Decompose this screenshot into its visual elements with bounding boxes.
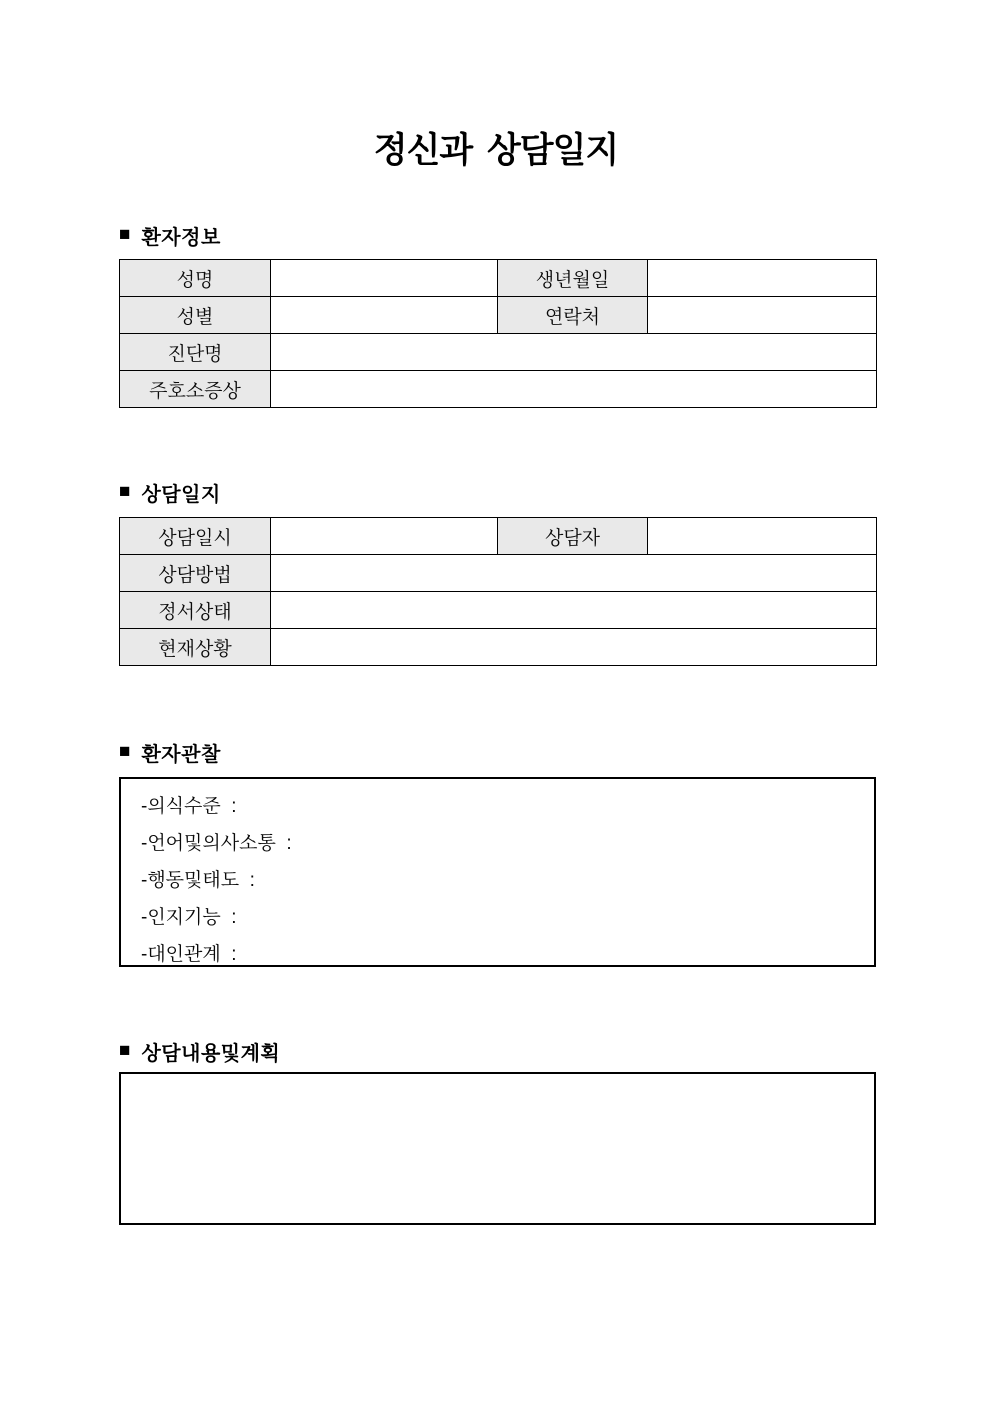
current-situation-input-cell[interactable] — [271, 629, 877, 666]
table-row: 상담방법 — [120, 555, 877, 592]
chief-complaint-label-cell: 주호소증상 — [120, 371, 271, 408]
birth-date-input-cell[interactable] — [648, 260, 877, 297]
diagnosis-input-cell[interactable] — [271, 334, 877, 371]
table-row: 성명 생년월일 — [120, 260, 877, 297]
patient-info-table: 성명 생년월일 성별 연락처 진단명 주호소증상 — [119, 259, 877, 408]
observation-item-behavior-attitude: -행동및태도 : — [141, 862, 856, 899]
chief-complaint-input-cell[interactable] — [271, 371, 877, 408]
section-header-patient-observation: ■ 환자관찰 — [119, 741, 221, 763]
table-row: 정서상태 — [120, 592, 877, 629]
observation-item-language-communication: -언어및의사소통 : — [141, 825, 856, 862]
section-heading-counseling-plan: 상담내용및계획 — [141, 1037, 280, 1066]
diagnosis-label-cell: 진단명 — [120, 334, 271, 371]
counseling-datetime-label-cell: 상담일시 — [120, 518, 271, 555]
table-row: 상담일시 상담자 — [120, 518, 877, 555]
gender-input-cell[interactable] — [271, 297, 498, 334]
birth-date-label-cell: 생년월일 — [498, 260, 648, 297]
section-header-counseling-log: ■ 상담일지 — [119, 481, 221, 503]
document-title: 정신과 상담일지 — [0, 128, 992, 174]
contact-input-cell[interactable] — [648, 297, 877, 334]
counseling-datetime-input-cell[interactable] — [271, 518, 498, 555]
gender-label-cell: 성별 — [120, 297, 271, 334]
name-label-cell: 성명 — [120, 260, 271, 297]
section-bullet-icon: ■ — [119, 1041, 130, 1060]
section-bullet-icon: ■ — [119, 482, 130, 501]
table-row: 주호소증상 — [120, 371, 877, 408]
section-header-counseling-plan: ■ 상담내용및계획 — [119, 1040, 280, 1062]
counselor-input-cell[interactable] — [648, 518, 877, 555]
observation-item-interpersonal-relations: -대인관계 : — [141, 936, 856, 973]
document-page: 정신과 상담일지 ■ 환자정보 성명 생년월일 성별 연락처 진단명 — [0, 0, 992, 1403]
counselor-label-cell: 상담자 — [498, 518, 648, 555]
section-heading-patient-info: 환자정보 — [141, 221, 220, 250]
observation-item-cognitive-function: -인지기능 : — [141, 899, 856, 936]
counseling-plan-box[interactable] — [119, 1072, 876, 1225]
emotional-state-label-cell: 정서상태 — [120, 592, 271, 629]
counseling-method-input-cell[interactable] — [271, 555, 877, 592]
counseling-method-label-cell: 상담방법 — [120, 555, 271, 592]
section-heading-counseling-log: 상담일지 — [141, 478, 220, 507]
table-row: 진단명 — [120, 334, 877, 371]
name-input-cell[interactable] — [271, 260, 498, 297]
table-row: 성별 연락처 — [120, 297, 877, 334]
emotional-state-input-cell[interactable] — [271, 592, 877, 629]
section-heading-patient-observation: 환자관찰 — [141, 738, 220, 767]
observation-item-consciousness-level: -의식수준 : — [141, 788, 856, 825]
section-bullet-icon: ■ — [119, 225, 130, 244]
contact-label-cell: 연락처 — [498, 297, 648, 334]
table-row: 현재상황 — [120, 629, 877, 666]
current-situation-label-cell: 현재상황 — [120, 629, 271, 666]
section-header-patient-info: ■ 환자정보 — [119, 224, 221, 246]
patient-observation-box[interactable]: -의식수준 : -언어및의사소통 : -행동및태도 : -인지기능 : -대인관… — [119, 777, 876, 967]
section-bullet-icon: ■ — [119, 742, 130, 761]
counseling-log-table: 상담일시 상담자 상담방법 정서상태 현재상황 — [119, 517, 877, 666]
